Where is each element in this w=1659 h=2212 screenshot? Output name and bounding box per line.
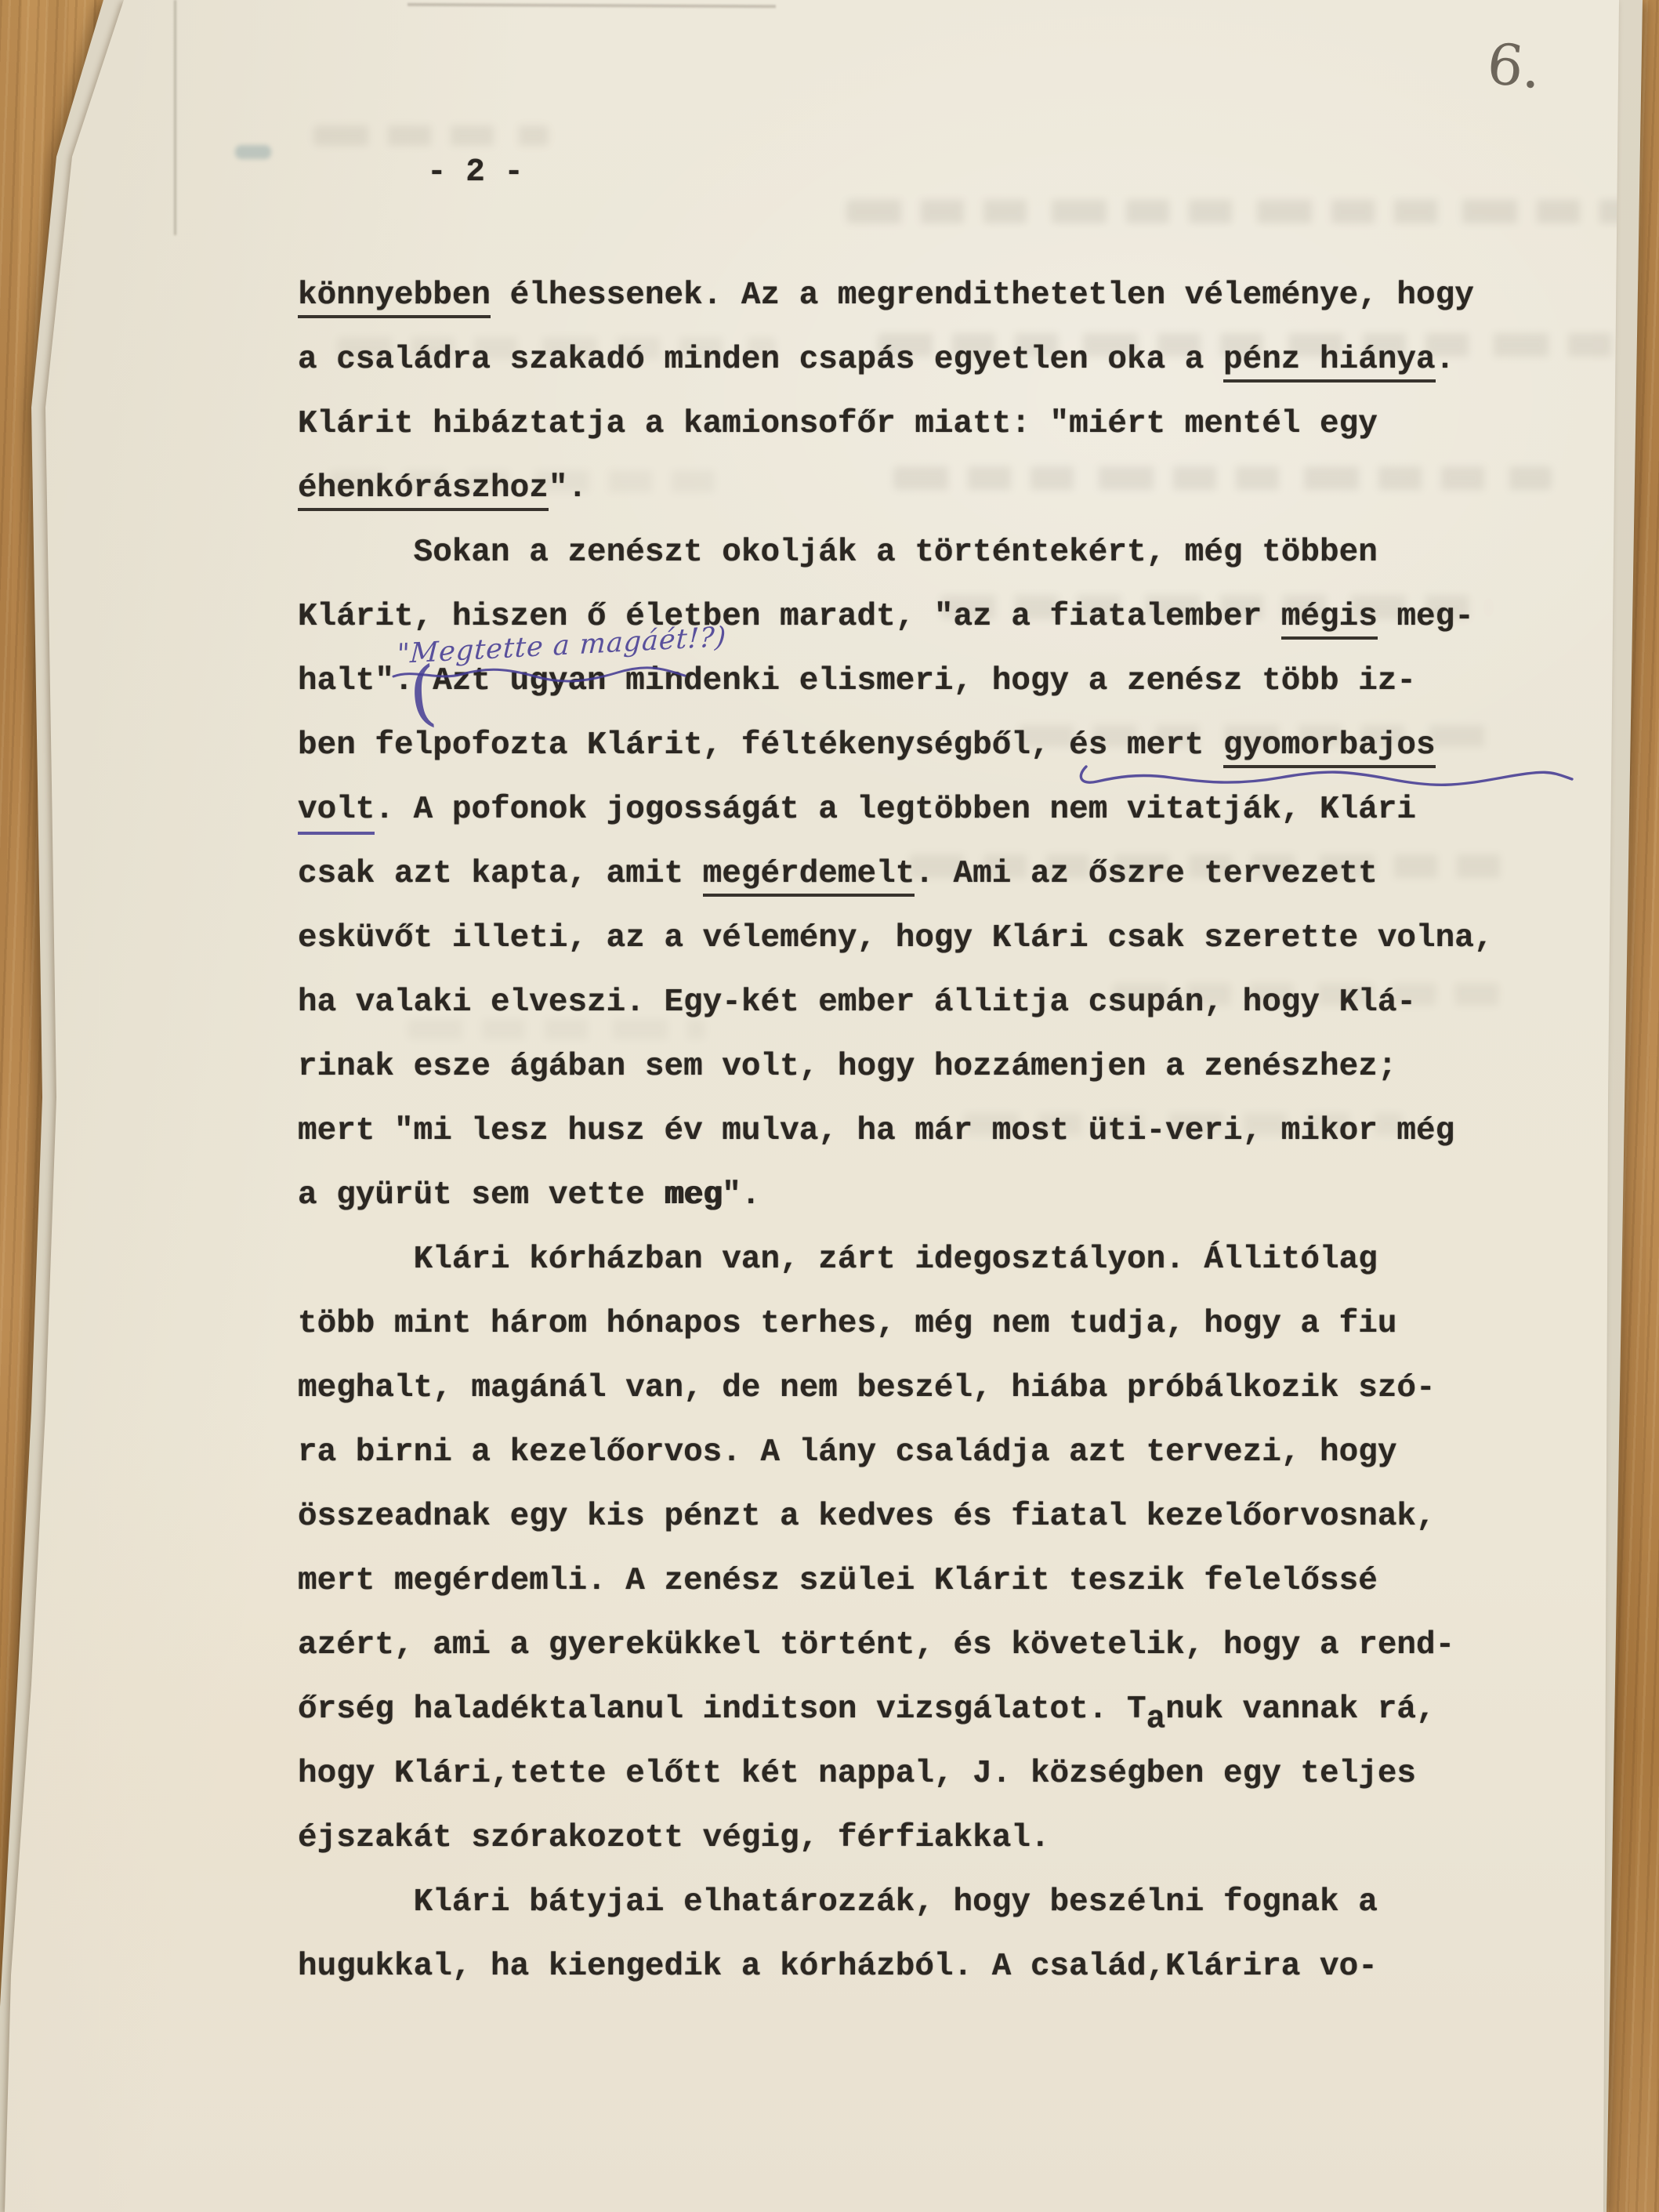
- handwritten-page-number: 6.: [1484, 31, 1545, 102]
- typed-line: éjszakát szórakozott végig, férfiakkal.: [298, 1806, 1493, 1870]
- typed-line: mert "mi lesz husz év mulva, ha már most…: [298, 1099, 1493, 1163]
- typed-line: több mint három hónapos terhes, még nem …: [298, 1292, 1493, 1356]
- typed-line: Klári bátyjai elhatározzák, hogy beszéln…: [298, 1870, 1493, 1935]
- desk-background: 6. - 2 - könnyebben élhessenek. Az a meg…: [0, 0, 1659, 2212]
- typed-line: összeadnak egy kis pénzt a kedves és fia…: [298, 1485, 1493, 1549]
- sheet-edge-line: [408, 3, 776, 8]
- typed-line: Klárit hibáztatja a kamionsofőr miatt: "…: [298, 392, 1493, 456]
- typed-line: Sokan a zenészt okolják a történtekért, …: [298, 520, 1493, 585]
- paper-crease: [174, 0, 176, 235]
- typed-line: rinak esze ágában sem volt, hogy hozzáme…: [298, 1035, 1493, 1099]
- annotation-bracket: (: [407, 658, 439, 730]
- typed-line: hugukkal, ha kiengedik a kórházból. A cs…: [298, 1935, 1493, 1999]
- typed-line: éhenkórászhoz".: [298, 456, 1493, 520]
- typed-line: hogy Klári,tette előtt két nappal, J. kö…: [298, 1742, 1493, 1806]
- typed-line: ra birni a kezelőorvos. A lány családja …: [298, 1420, 1493, 1485]
- typed-line: a családra szakadó minden csapás egyetle…: [298, 328, 1493, 392]
- edge-mark: [0, 884, 12, 897]
- typed-lines: könnyebben élhessenek. Az a megrendithet…: [298, 263, 1493, 1999]
- typed-line: azért, ami a gyerekükkel történt, és köv…: [298, 1613, 1493, 1677]
- typed-line: könnyebben élhessenek. Az a megrendithet…: [298, 263, 1493, 328]
- typed-line: esküvőt illeti, az a vélemény, hogy Klár…: [298, 906, 1493, 970]
- typed-line: Klári kórházban van, zárt idegosztályon.…: [298, 1227, 1493, 1292]
- typed-line: mert megérdemli. A zenész szülei Klárit …: [298, 1549, 1493, 1613]
- bleed-through-smudge: [313, 125, 549, 146]
- typed-line: csak azt kapta, amit megérdemelt. Ami az…: [298, 842, 1493, 906]
- typed-line: ha valaki elveszi. Egy-két ember állitja…: [298, 970, 1493, 1035]
- typed-line: meghalt, magánál van, de nem beszél, hiá…: [298, 1356, 1493, 1420]
- typed-line: a gyürüt sem vette meg".: [298, 1163, 1493, 1227]
- typed-line: őrség haladéktalanul inditson vizsgálato…: [298, 1677, 1493, 1742]
- gyomorbajos-ink-underline: [1075, 760, 1577, 796]
- scanned-page-wrap: 6. - 2 - könnyebben élhessenek. Az a meg…: [0, 0, 1659, 2212]
- scanned-page: 6. - 2 - könnyebben élhessenek. Az a meg…: [0, 0, 1659, 2212]
- typed-page-header: - 2 -: [427, 149, 523, 196]
- bleed-through-smudge: [846, 200, 1630, 223]
- edge-mark: [0, 1152, 5, 1199]
- ink-smudge: [235, 145, 271, 159]
